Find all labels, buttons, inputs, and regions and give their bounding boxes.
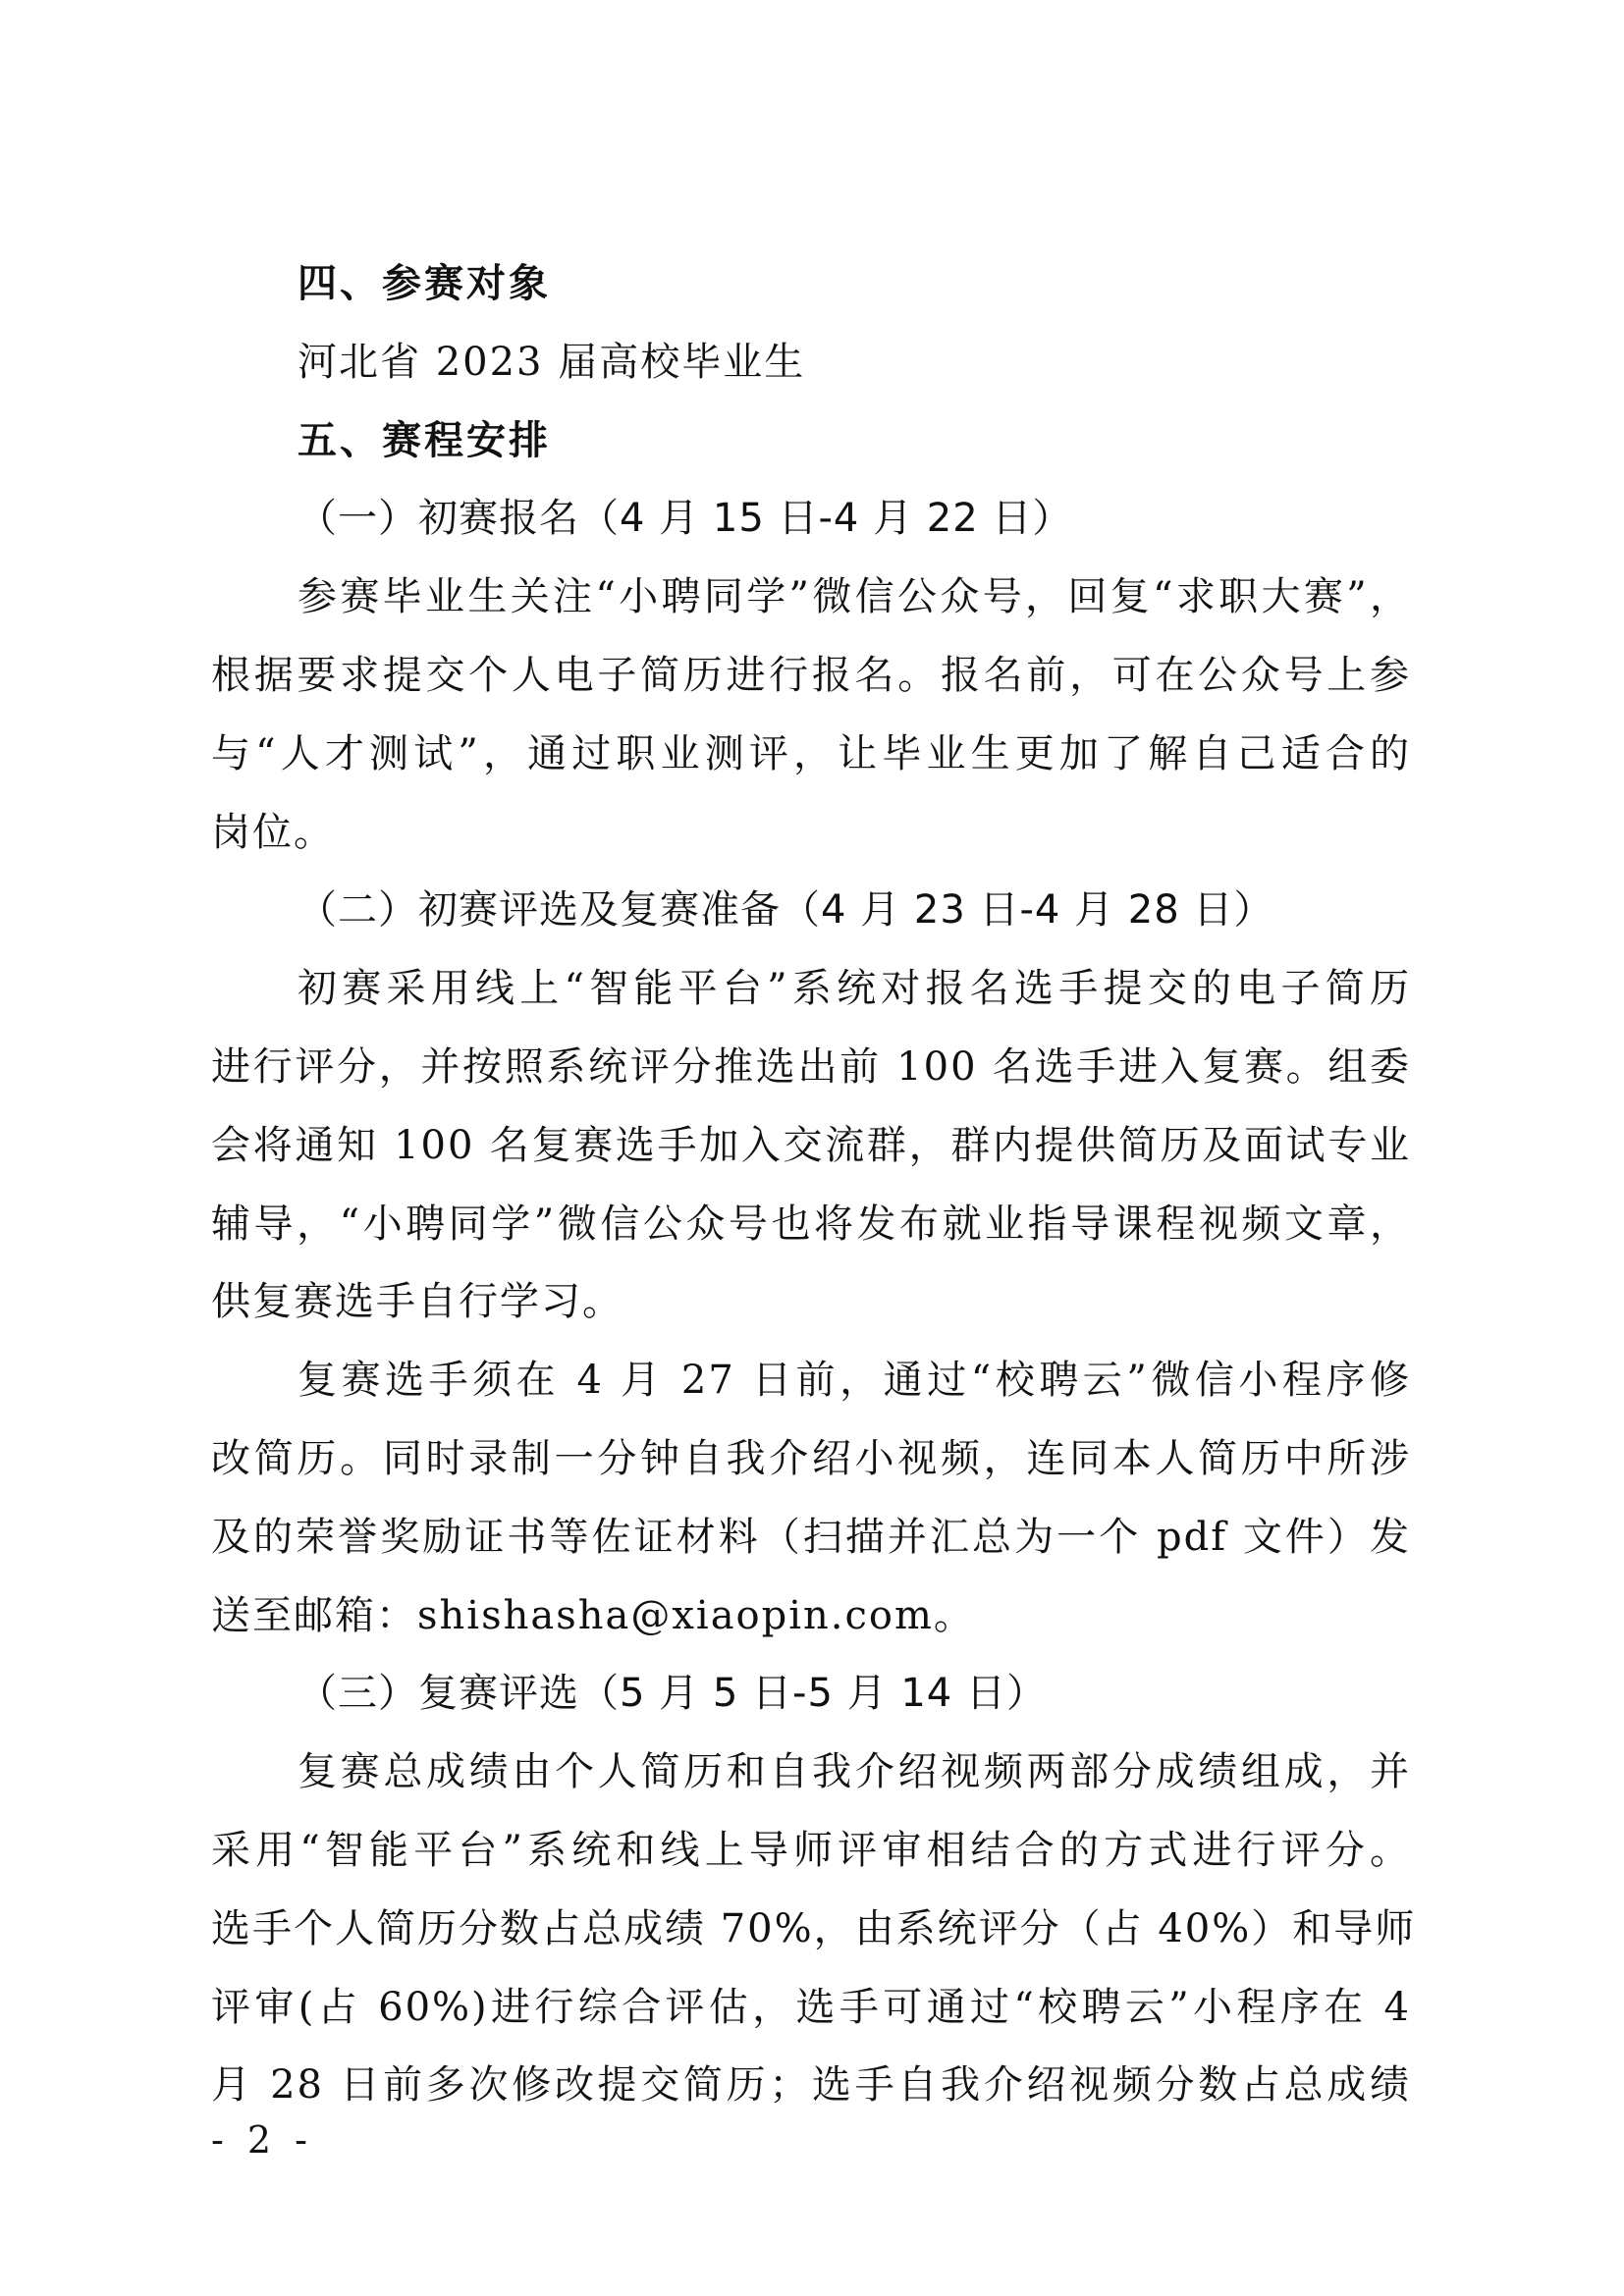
paragraph-line: 初赛采用线上“智能平台”系统对报名选手提交的电子简历 bbox=[211, 950, 1411, 1029]
paragraph-line-email: 送至邮箱：shishasha@xiaopin.com。 bbox=[211, 1577, 1411, 1656]
participants-text: 河北省 2023 届高校毕业生 bbox=[211, 324, 1411, 402]
paragraph-line: 选手个人简历分数占总成绩 70%，由系统评分（占 40%）和导师 bbox=[211, 1891, 1411, 1969]
document-page: 四、参赛对象 河北省 2023 届高校毕业生 五、赛程安排 （一）初赛报名（4 … bbox=[0, 0, 1624, 2296]
page-number: - 2 - bbox=[211, 2118, 313, 2162]
paragraph-line: 供复赛选手自行学习。 bbox=[211, 1263, 1411, 1342]
paragraph-line: 参赛毕业生关注“小聘同学”微信公众号，回复“求职大赛”， bbox=[211, 559, 1411, 637]
document-body: 四、参赛对象 河北省 2023 届高校毕业生 五、赛程安排 （一）初赛报名（4 … bbox=[211, 245, 1411, 2125]
paragraph-line: 采用“智能平台”系统和线上导师评审相结合的方式进行评分。 bbox=[211, 1812, 1411, 1891]
paragraph-line: 复赛选手须在 4 月 27 日前，通过“校聘云”微信小程序修 bbox=[211, 1342, 1411, 1420]
paragraph-line: 岗位。 bbox=[211, 794, 1411, 873]
section-heading-schedule: 五、赛程安排 bbox=[211, 402, 1411, 481]
subheading-preliminary-selection: （二）初赛评选及复赛准备（4 月 23 日-4 月 28 日） bbox=[211, 872, 1411, 950]
subheading-rematch-selection: （三）复赛评选（5 月 5 日-5 月 14 日） bbox=[211, 1655, 1411, 1734]
paragraph-line: 进行评分，并按照系统评分推选出前 100 名选手进入复赛。组委 bbox=[211, 1029, 1411, 1107]
paragraph-line: 评审(占 60%)进行综合评估，选手可通过“校聘云”小程序在 4 bbox=[211, 1969, 1411, 2048]
paragraph-line: 会将通知 100 名复赛选手加入交流群，群内提供简历及面试专业 bbox=[211, 1107, 1411, 1186]
subheading-preliminary-registration: （一）初赛报名（4 月 15 日-4 月 22 日） bbox=[211, 480, 1411, 559]
paragraph-line: 辅导，“小聘同学”微信公众号也将发布就业指导课程视频文章， bbox=[211, 1186, 1411, 1264]
paragraph-line: 与“人才测试”，通过职业测评，让毕业生更加了解自己适合的 bbox=[211, 716, 1411, 794]
section-heading-participants: 四、参赛对象 bbox=[211, 245, 1411, 324]
paragraph-line: 及的荣誉奖励证书等佐证材料（扫描并汇总为一个 pdf 文件）发 bbox=[211, 1499, 1411, 1577]
paragraph-line: 改简历。同时录制一分钟自我介绍小视频，连同本人简历中所涉 bbox=[211, 1420, 1411, 1499]
paragraph-line: 月 28 日前多次修改提交简历；选手自我介绍视频分数占总成绩 bbox=[211, 2047, 1411, 2125]
paragraph-line: 复赛总成绩由个人简历和自我介绍视频两部分成绩组成，并 bbox=[211, 1734, 1411, 1812]
paragraph-line: 根据要求提交个人电子简历进行报名。报名前，可在公众号上参 bbox=[211, 637, 1411, 716]
